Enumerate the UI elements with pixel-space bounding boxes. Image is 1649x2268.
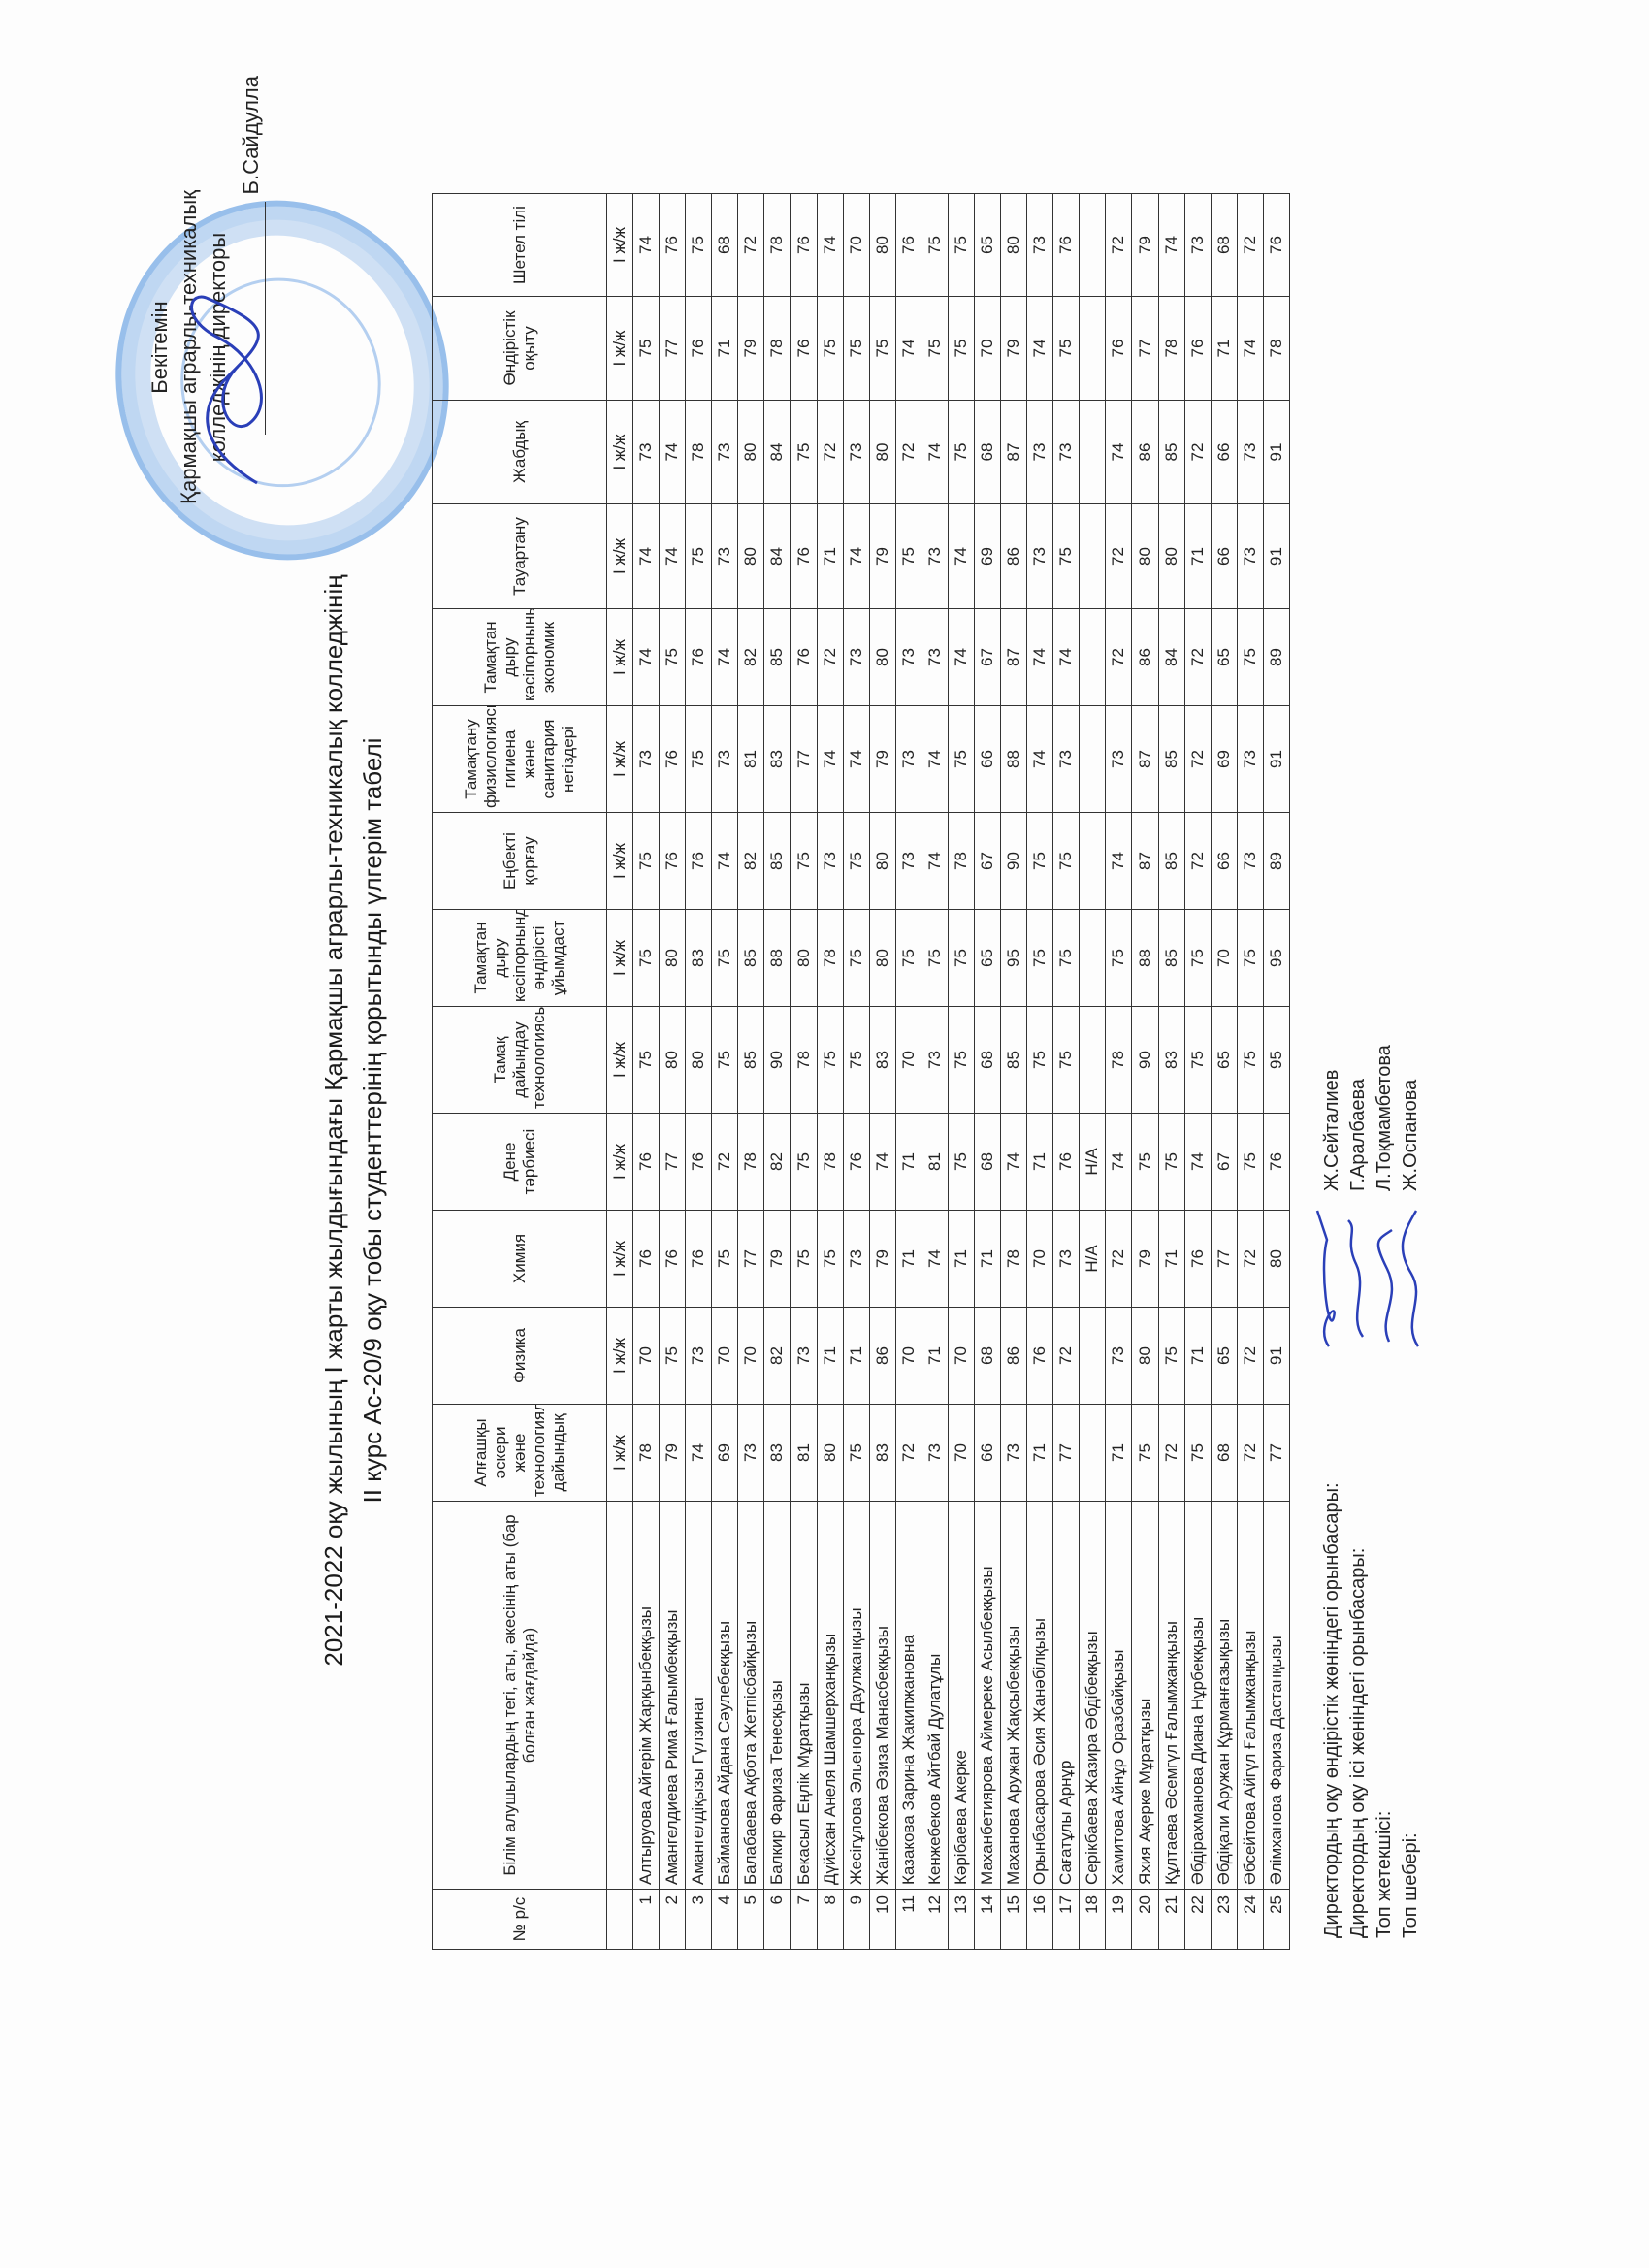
row-number: 8: [817, 1890, 843, 1950]
grade-cell: 80: [738, 401, 764, 504]
signatories-block: Директордың оқу өндірістік жөніндегі оры…: [1319, 774, 1424, 1938]
grade-cell: 73: [895, 813, 921, 910]
grade-cell: 68: [975, 1308, 1001, 1405]
grade-cell: 73: [1053, 1211, 1080, 1308]
grade-cell: 71: [1184, 504, 1211, 609]
grade-cell: 72: [1237, 194, 1263, 297]
grade-cell: 87: [1001, 609, 1027, 706]
grade-cell: 74: [921, 706, 948, 813]
grade-cell: 90: [1001, 813, 1027, 910]
signatures-icon: [1309, 1201, 1436, 1356]
grade-cell: 85: [764, 813, 791, 910]
grade-cell: 85: [1158, 910, 1184, 1007]
table-header-row: № р/сБілім алушылардың тегі, аты, әкесін…: [433, 194, 607, 1950]
grade-cell: 74: [1106, 1114, 1132, 1211]
grade-cell: 85: [1001, 1007, 1027, 1114]
period-label: І ж/ж: [607, 706, 633, 813]
grade-cell: Н/А: [1080, 1211, 1106, 1308]
grade-cell: 76: [686, 1114, 712, 1211]
grade-cell: 76: [633, 1114, 660, 1211]
period-label: І ж/ж: [607, 1211, 633, 1308]
grade-cell: 78: [633, 1405, 660, 1502]
grade-cell: 66: [975, 706, 1001, 813]
table-row: 6Балкир Фариза Тенесқызы8382798290888583…: [764, 194, 791, 1950]
grade-cell: 90: [764, 1007, 791, 1114]
grade-cell: 74: [1027, 297, 1053, 401]
grade-cell: 75: [948, 297, 974, 401]
grade-cell: 70: [712, 1308, 738, 1405]
grade-cell: 82: [764, 1114, 791, 1211]
row-number: 6: [764, 1890, 791, 1950]
grade-cell: 77: [1132, 297, 1158, 401]
student-name: Құлтаева Әсемгүл Ғалымжанқызы: [1158, 1502, 1184, 1890]
signatory-row: Топ жетекшісі:Л.Тоқмамбетова: [1372, 774, 1398, 1938]
document-subtitle: ІІ курс Ас-20/9 оқу тобы студенттерінің …: [357, 291, 388, 1950]
column-header: Шетел тілі: [433, 194, 607, 297]
grade-cell: 76: [791, 504, 817, 609]
grade-cell: 73: [817, 813, 843, 910]
grade-cell: 85: [1158, 706, 1184, 813]
column-header: Тамақтан дыру кәсіпорнында өндірісті ұйы…: [433, 910, 607, 1007]
approval-heading: Бекітемін: [145, 76, 175, 619]
grade-cell: 80: [869, 194, 895, 297]
period-label: І ж/ж: [607, 609, 633, 706]
grade-cell: 75: [817, 1211, 843, 1308]
grade-cell: 75: [791, 1211, 817, 1308]
grade-cell: 75: [1053, 297, 1080, 401]
grade-cell: 65: [975, 194, 1001, 297]
grade-cell: 82: [738, 813, 764, 910]
grade-cell: 73: [895, 609, 921, 706]
grade-cell: 71: [712, 297, 738, 401]
grade-cell: 70: [1211, 910, 1237, 1007]
grade-cell: 74: [1237, 297, 1263, 401]
grade-cell: 90: [1132, 1007, 1158, 1114]
signatory-row: Директордың оқу өндірістік жөніндегі оры…: [1319, 774, 1345, 1938]
grade-cell: 71: [1027, 1114, 1053, 1211]
grade-cell: 83: [869, 1405, 895, 1502]
grade-cell: 75: [1184, 1007, 1211, 1114]
grade-cell: 73: [1027, 401, 1053, 504]
grade-cell: 75: [948, 1007, 974, 1114]
approval-position: колледжінің директоры: [204, 76, 233, 619]
grade-cell: 75: [948, 1114, 974, 1211]
grade-cell: 73: [921, 504, 948, 609]
row-number: 3: [686, 1890, 712, 1950]
student-name: Әбдіқали Аружан Құрманғазықызы: [1211, 1502, 1237, 1890]
signatory-role: Директордың оқу өндірістік жөніндегі оры…: [1319, 1395, 1345, 1938]
approval-block: Бекітемін Қармақшы аграрлы-техникалық ко…: [145, 76, 266, 619]
student-name: Әбсейтова Айгүл Ғалымжанқызы: [1237, 1502, 1263, 1890]
grade-cell: 70: [948, 1405, 974, 1502]
grade-cell: 72: [738, 194, 764, 297]
grade-cell: 84: [1158, 609, 1184, 706]
row-number: 5: [738, 1890, 764, 1950]
student-name: Дүйсхан Анеля Шамшерханқызы: [817, 1502, 843, 1890]
grade-cell: 73: [843, 609, 869, 706]
grade-cell: 78: [817, 1114, 843, 1211]
grade-cell: 77: [660, 1114, 686, 1211]
grade-cell: 89: [1263, 609, 1289, 706]
grade-cell: 75: [817, 1007, 843, 1114]
table-row: 12Кенжебеков Айтбай Дулатұлы737174817375…: [921, 194, 948, 1950]
table-row: 5Балабаева Ақбота Жетпісбайқызы737077788…: [738, 194, 764, 1950]
table-row: 11Казакова Зарина Жакипжановна7270717170…: [895, 194, 921, 1950]
grade-cell: 71: [895, 1211, 921, 1308]
student-name: Әлімханова Фариза Дастанқызы: [1263, 1502, 1289, 1890]
grade-cell: 86: [1001, 504, 1027, 609]
grade-cell: 86: [1132, 609, 1158, 706]
grade-cell: 72: [1184, 401, 1211, 504]
grade-cell: 68: [1211, 1405, 1237, 1502]
grade-cell: 76: [660, 194, 686, 297]
student-name: Маханова Аружан Жақсыбекқызы: [1001, 1502, 1027, 1890]
period-label: І ж/ж: [607, 1007, 633, 1114]
table-row: 20Яхия Ақерке Мұратқызы75807975908887878…: [1132, 194, 1158, 1950]
grade-cell: 79: [660, 1405, 686, 1502]
grade-cell: 71: [1158, 1211, 1184, 1308]
grade-cell: 65: [1211, 1308, 1237, 1405]
grade-cell: 82: [764, 1308, 791, 1405]
grade-cell: 73: [843, 1211, 869, 1308]
signatory-row: Топ шебері:Ж.Оспанова: [1398, 774, 1424, 1938]
grade-cell: 74: [712, 813, 738, 910]
grade-cell: 70: [738, 1308, 764, 1405]
grade-cell: 76: [686, 813, 712, 910]
grade-cell: 72: [1184, 609, 1211, 706]
grade-cell: 75: [948, 910, 974, 1007]
grade-cell: 72: [1106, 609, 1132, 706]
table-row: 10Жанібекова Әзиза Манасбекқызы838679748…: [869, 194, 895, 1950]
table-period-row: І ж/жІ ж/жІ ж/жІ ж/жІ ж/жІ ж/жІ ж/жІ ж/ж…: [607, 194, 633, 1950]
grade-cell: 77: [1211, 1211, 1237, 1308]
grade-cell: 80: [1263, 1211, 1289, 1308]
period-label: І ж/ж: [607, 1308, 633, 1405]
grade-cell: 76: [1263, 1114, 1289, 1211]
grade-cell: 72: [1184, 706, 1211, 813]
grade-cell: 71: [948, 1211, 974, 1308]
period-label: І ж/ж: [607, 297, 633, 401]
student-name: Орынбасарова Әсия Жанәбілқызы: [1027, 1502, 1053, 1890]
grade-cell: 73: [1184, 194, 1211, 297]
grade-cell: [1080, 813, 1106, 910]
grade-cell: 80: [1132, 504, 1158, 609]
grade-cell: 76: [1184, 1211, 1211, 1308]
grade-cell: 83: [869, 1007, 895, 1114]
grade-cell: 78: [764, 297, 791, 401]
grade-cell: 71: [1211, 297, 1237, 401]
column-header: Дене тәрбиесі: [433, 1114, 607, 1211]
column-header: Жабдық: [433, 401, 607, 504]
grade-cell: 80: [1132, 1308, 1158, 1405]
grade-cell: 68: [1211, 194, 1237, 297]
grade-cell: 80: [686, 1007, 712, 1114]
grade-cell: 75: [869, 297, 895, 401]
grade-cell: 73: [712, 504, 738, 609]
grade-cell: 75: [660, 1308, 686, 1405]
signatory-role: Топ жетекшісі:: [1372, 1395, 1398, 1938]
grade-cell: 75: [712, 1211, 738, 1308]
grade-cell: [1080, 194, 1106, 297]
grade-cell: 65: [1211, 609, 1237, 706]
grade-cell: 86: [869, 1308, 895, 1405]
grade-cell: 70: [975, 297, 1001, 401]
grade-cell: 66: [975, 1405, 1001, 1502]
grade-cell: 75: [1237, 910, 1263, 1007]
grade-cell: 76: [791, 297, 817, 401]
grade-cell: 73: [895, 706, 921, 813]
grade-cell: 88: [1132, 910, 1158, 1007]
grade-cell: 79: [869, 1211, 895, 1308]
grade-cell: 72: [1106, 1211, 1132, 1308]
student-name: Серікбаева Жазира Әбдібекқызы: [1080, 1502, 1106, 1890]
approval-institution: Қармақшы аграрлы-техникалық: [175, 76, 204, 619]
grade-cell: 76: [686, 609, 712, 706]
grade-cell: 74: [1106, 813, 1132, 910]
grade-cell: 75: [1053, 910, 1080, 1007]
grade-cell: 86: [1132, 401, 1158, 504]
grade-cell: 75: [633, 813, 660, 910]
period-blank: [607, 1502, 633, 1890]
grade-cell: 75: [1158, 1114, 1184, 1211]
grade-cell: 80: [660, 1007, 686, 1114]
grade-cell: 74: [1027, 609, 1053, 706]
grade-cell: 75: [791, 813, 817, 910]
grade-cell: 76: [660, 813, 686, 910]
grade-cell: 72: [1184, 813, 1211, 910]
table-row: 1Алтыруова Айгерім Жарқынбекқызы78707676…: [633, 194, 660, 1950]
grade-cell: 80: [869, 910, 895, 1007]
row-number: 19: [1106, 1890, 1132, 1950]
grade-cell: 87: [1001, 401, 1027, 504]
grade-cell: 78: [1001, 1211, 1027, 1308]
grade-cell: 72: [895, 401, 921, 504]
grade-cell: 76: [791, 194, 817, 297]
grade-cell: 74: [895, 297, 921, 401]
signatory-name: Ж.Сейталиев: [1319, 1070, 1345, 1191]
grade-cell: [1080, 706, 1106, 813]
grade-cell: 75: [1158, 1308, 1184, 1405]
grade-cell: 79: [1132, 1211, 1158, 1308]
grade-cell: 67: [975, 813, 1001, 910]
grade-cell: Н/А: [1080, 1114, 1106, 1211]
grade-cell: 79: [738, 297, 764, 401]
grade-cell: 70: [633, 1308, 660, 1405]
student-name: Жанібекова Әзиза Манасбекқызы: [869, 1502, 895, 1890]
grade-cell: 76: [843, 1114, 869, 1211]
grade-cell: [1080, 504, 1106, 609]
table-row: 3Амангелдіқызы Гүлзинат74737676808376757…: [686, 194, 712, 1950]
grade-cell: 74: [869, 1114, 895, 1211]
grade-cell: 72: [1158, 1405, 1184, 1502]
grade-cell: 76: [1053, 194, 1080, 297]
table-row: 13Кәрібаева Акерке7070717575757875747475…: [948, 194, 974, 1950]
grade-cell: 75: [895, 504, 921, 609]
grade-cell: 75: [1027, 1007, 1053, 1114]
grade-cell: 73: [1237, 504, 1263, 609]
grade-cell: 75: [1184, 910, 1211, 1007]
row-number: 15: [1001, 1890, 1027, 1950]
signatory-name: Ж.Оспанова: [1398, 1080, 1424, 1191]
grade-cell: 73: [1053, 706, 1080, 813]
grade-cell: 78: [791, 1007, 817, 1114]
grade-cell: 73: [1106, 706, 1132, 813]
grade-cell: [1080, 609, 1106, 706]
student-name: Алтыруова Айгерім Жарқынбекқызы: [633, 1502, 660, 1890]
grade-cell: 75: [633, 910, 660, 1007]
grade-cell: 74: [1027, 706, 1053, 813]
grade-cell: 75: [686, 194, 712, 297]
grade-cell: 91: [1263, 401, 1289, 504]
grade-cell: 75: [1184, 1405, 1211, 1502]
grade-cell: 95: [1001, 910, 1027, 1007]
grade-cell: 80: [1001, 194, 1027, 297]
grade-cell: 78: [1263, 297, 1289, 401]
grade-cell: 75: [1106, 910, 1132, 1007]
grade-cell: 73: [843, 401, 869, 504]
grade-cell: 71: [895, 1114, 921, 1211]
grade-cell: 74: [686, 1405, 712, 1502]
grade-cell: 69: [712, 1405, 738, 1502]
student-name: Кәрібаева Акерке: [948, 1502, 974, 1890]
table-row: 24Әбсейтова Айгүл Ғалымжанқызы7272727575…: [1237, 194, 1263, 1950]
grade-cell: [1080, 1405, 1106, 1502]
row-number: 2: [660, 1890, 686, 1950]
row-number: 21: [1158, 1890, 1184, 1950]
row-number: 14: [975, 1890, 1001, 1950]
grade-cell: 74: [1053, 609, 1080, 706]
grade-cell: 75: [921, 297, 948, 401]
approval-signer: Б.Сайдулла: [237, 76, 266, 194]
grade-cell: 81: [738, 706, 764, 813]
table-row: 15Маханова Аружан Жақсыбекқызы7386787485…: [1001, 194, 1027, 1950]
grade-cell: 78: [686, 401, 712, 504]
grade-cell: 66: [1211, 813, 1237, 910]
grade-cell: 75: [1053, 1007, 1080, 1114]
table-row: 8Дүйсхан Анеля Шамшерханқызы807175787578…: [817, 194, 843, 1950]
row-number: 22: [1184, 1890, 1211, 1950]
row-number: 24: [1237, 1890, 1263, 1950]
signatory-role: Директордың оқу ісі жөніндегі орынбасары…: [1345, 1395, 1372, 1938]
table-row: 16Орынбасарова Әсия Жанәбілқызы717670717…: [1027, 194, 1053, 1950]
row-number: 1: [633, 1890, 660, 1950]
student-name: Амангелдиева Рима Ғалымбекқызы: [660, 1502, 686, 1890]
grade-cell: 73: [921, 1405, 948, 1502]
grade-cell: [1080, 1308, 1106, 1405]
grade-cell: 75: [1053, 504, 1080, 609]
grade-cell: 75: [791, 1114, 817, 1211]
grade-cell: 73: [1237, 813, 1263, 910]
grade-cell: 69: [975, 504, 1001, 609]
grade-cell: 95: [1263, 910, 1289, 1007]
grade-cell: 77: [791, 706, 817, 813]
grade-cell: 72: [1053, 1308, 1080, 1405]
grade-cell: 67: [1211, 1114, 1237, 1211]
period-label: І ж/ж: [607, 194, 633, 297]
grade-cell: 79: [869, 706, 895, 813]
grade-cell: 80: [791, 910, 817, 1007]
student-name: Сағатұлы Арнұр: [1053, 1502, 1080, 1890]
grade-cell: 78: [948, 813, 974, 910]
grade-cell: 80: [817, 1405, 843, 1502]
row-number: 18: [1080, 1890, 1106, 1950]
student-name: Байманова Айдана Сәулебекқызы: [712, 1502, 738, 1890]
grade-cell: 81: [791, 1405, 817, 1502]
student-name: Казакова Зарина Жакипжановна: [895, 1502, 921, 1890]
grade-cell: 88: [1001, 706, 1027, 813]
grade-cell: 73: [1237, 706, 1263, 813]
grade-cell: 69: [1211, 706, 1237, 813]
grade-cell: 91: [1263, 706, 1289, 813]
grade-cell: 65: [1211, 1007, 1237, 1114]
grade-cell: 76: [895, 194, 921, 297]
grade-cell: 74: [1001, 1114, 1027, 1211]
signatory-row: Директордың оқу ісі жөніндегі орынбасары…: [1345, 774, 1372, 1938]
row-number: 12: [921, 1890, 948, 1950]
grade-cell: 70: [895, 1007, 921, 1114]
table-row: 4Байманова Айдана Сәулебекқызы6970757275…: [712, 194, 738, 1950]
signature-line: [243, 202, 266, 435]
grade-cell: 75: [1237, 609, 1263, 706]
grade-cell: 71: [817, 1308, 843, 1405]
grade-cell: 73: [791, 1308, 817, 1405]
grade-cell: 85: [738, 910, 764, 1007]
official-stamp-icon: [82, 170, 482, 592]
grade-cell: 66: [1211, 401, 1237, 504]
grade-cell: 75: [660, 609, 686, 706]
grade-cell: 72: [817, 609, 843, 706]
grade-cell: 85: [738, 1007, 764, 1114]
grade-cell: 73: [712, 401, 738, 504]
grade-cell: 71: [843, 1308, 869, 1405]
grade-cell: 76: [1263, 194, 1289, 297]
grade-cell: 80: [869, 401, 895, 504]
student-name: Маханбетиярова Аймереке Асылбекқызы: [975, 1502, 1001, 1890]
grade-cell: 75: [921, 910, 948, 1007]
grade-cell: 80: [869, 813, 895, 910]
grade-cell: 72: [1106, 194, 1132, 297]
grade-cell: 70: [1027, 1211, 1053, 1308]
grade-cell: 72: [895, 1405, 921, 1502]
grade-cell: 75: [843, 813, 869, 910]
table-row: 23Әбдіқали Аружан Құрманғазықызы68657767…: [1211, 194, 1237, 1950]
table-row: 18Серікбаева Жазира ӘбдібекқызыН/АН/А: [1080, 194, 1106, 1950]
grade-cell: 79: [869, 504, 895, 609]
column-header: № р/с: [433, 1890, 607, 1950]
grade-cell: 71: [921, 1308, 948, 1405]
period-label: І ж/ж: [607, 401, 633, 504]
grade-cell: 73: [1027, 194, 1053, 297]
grade-cell: 75: [948, 401, 974, 504]
row-number: 23: [1211, 1890, 1237, 1950]
grade-cell: 72: [1237, 1211, 1263, 1308]
grade-cell: 95: [1263, 1007, 1289, 1114]
grade-cell: 84: [764, 401, 791, 504]
grade-cell: 76: [633, 1211, 660, 1308]
grade-cell: 85: [764, 609, 791, 706]
row-number: 10: [869, 1890, 895, 1950]
grade-cell: 68: [975, 401, 1001, 504]
table-row: 7Бекасыл Еңлік Мұратқызы8173757578807577…: [791, 194, 817, 1950]
grade-cell: 65: [975, 910, 1001, 1007]
grade-cell: 73: [1027, 504, 1053, 609]
period-label: І ж/ж: [607, 1114, 633, 1211]
grade-cell: 91: [1263, 1308, 1289, 1405]
signatory-name: Г.Аралбаева: [1345, 1079, 1372, 1191]
column-header: Өндірістік оқыту: [433, 297, 607, 401]
grade-cell: 78: [817, 910, 843, 1007]
grade-cell: 74: [1106, 401, 1132, 504]
